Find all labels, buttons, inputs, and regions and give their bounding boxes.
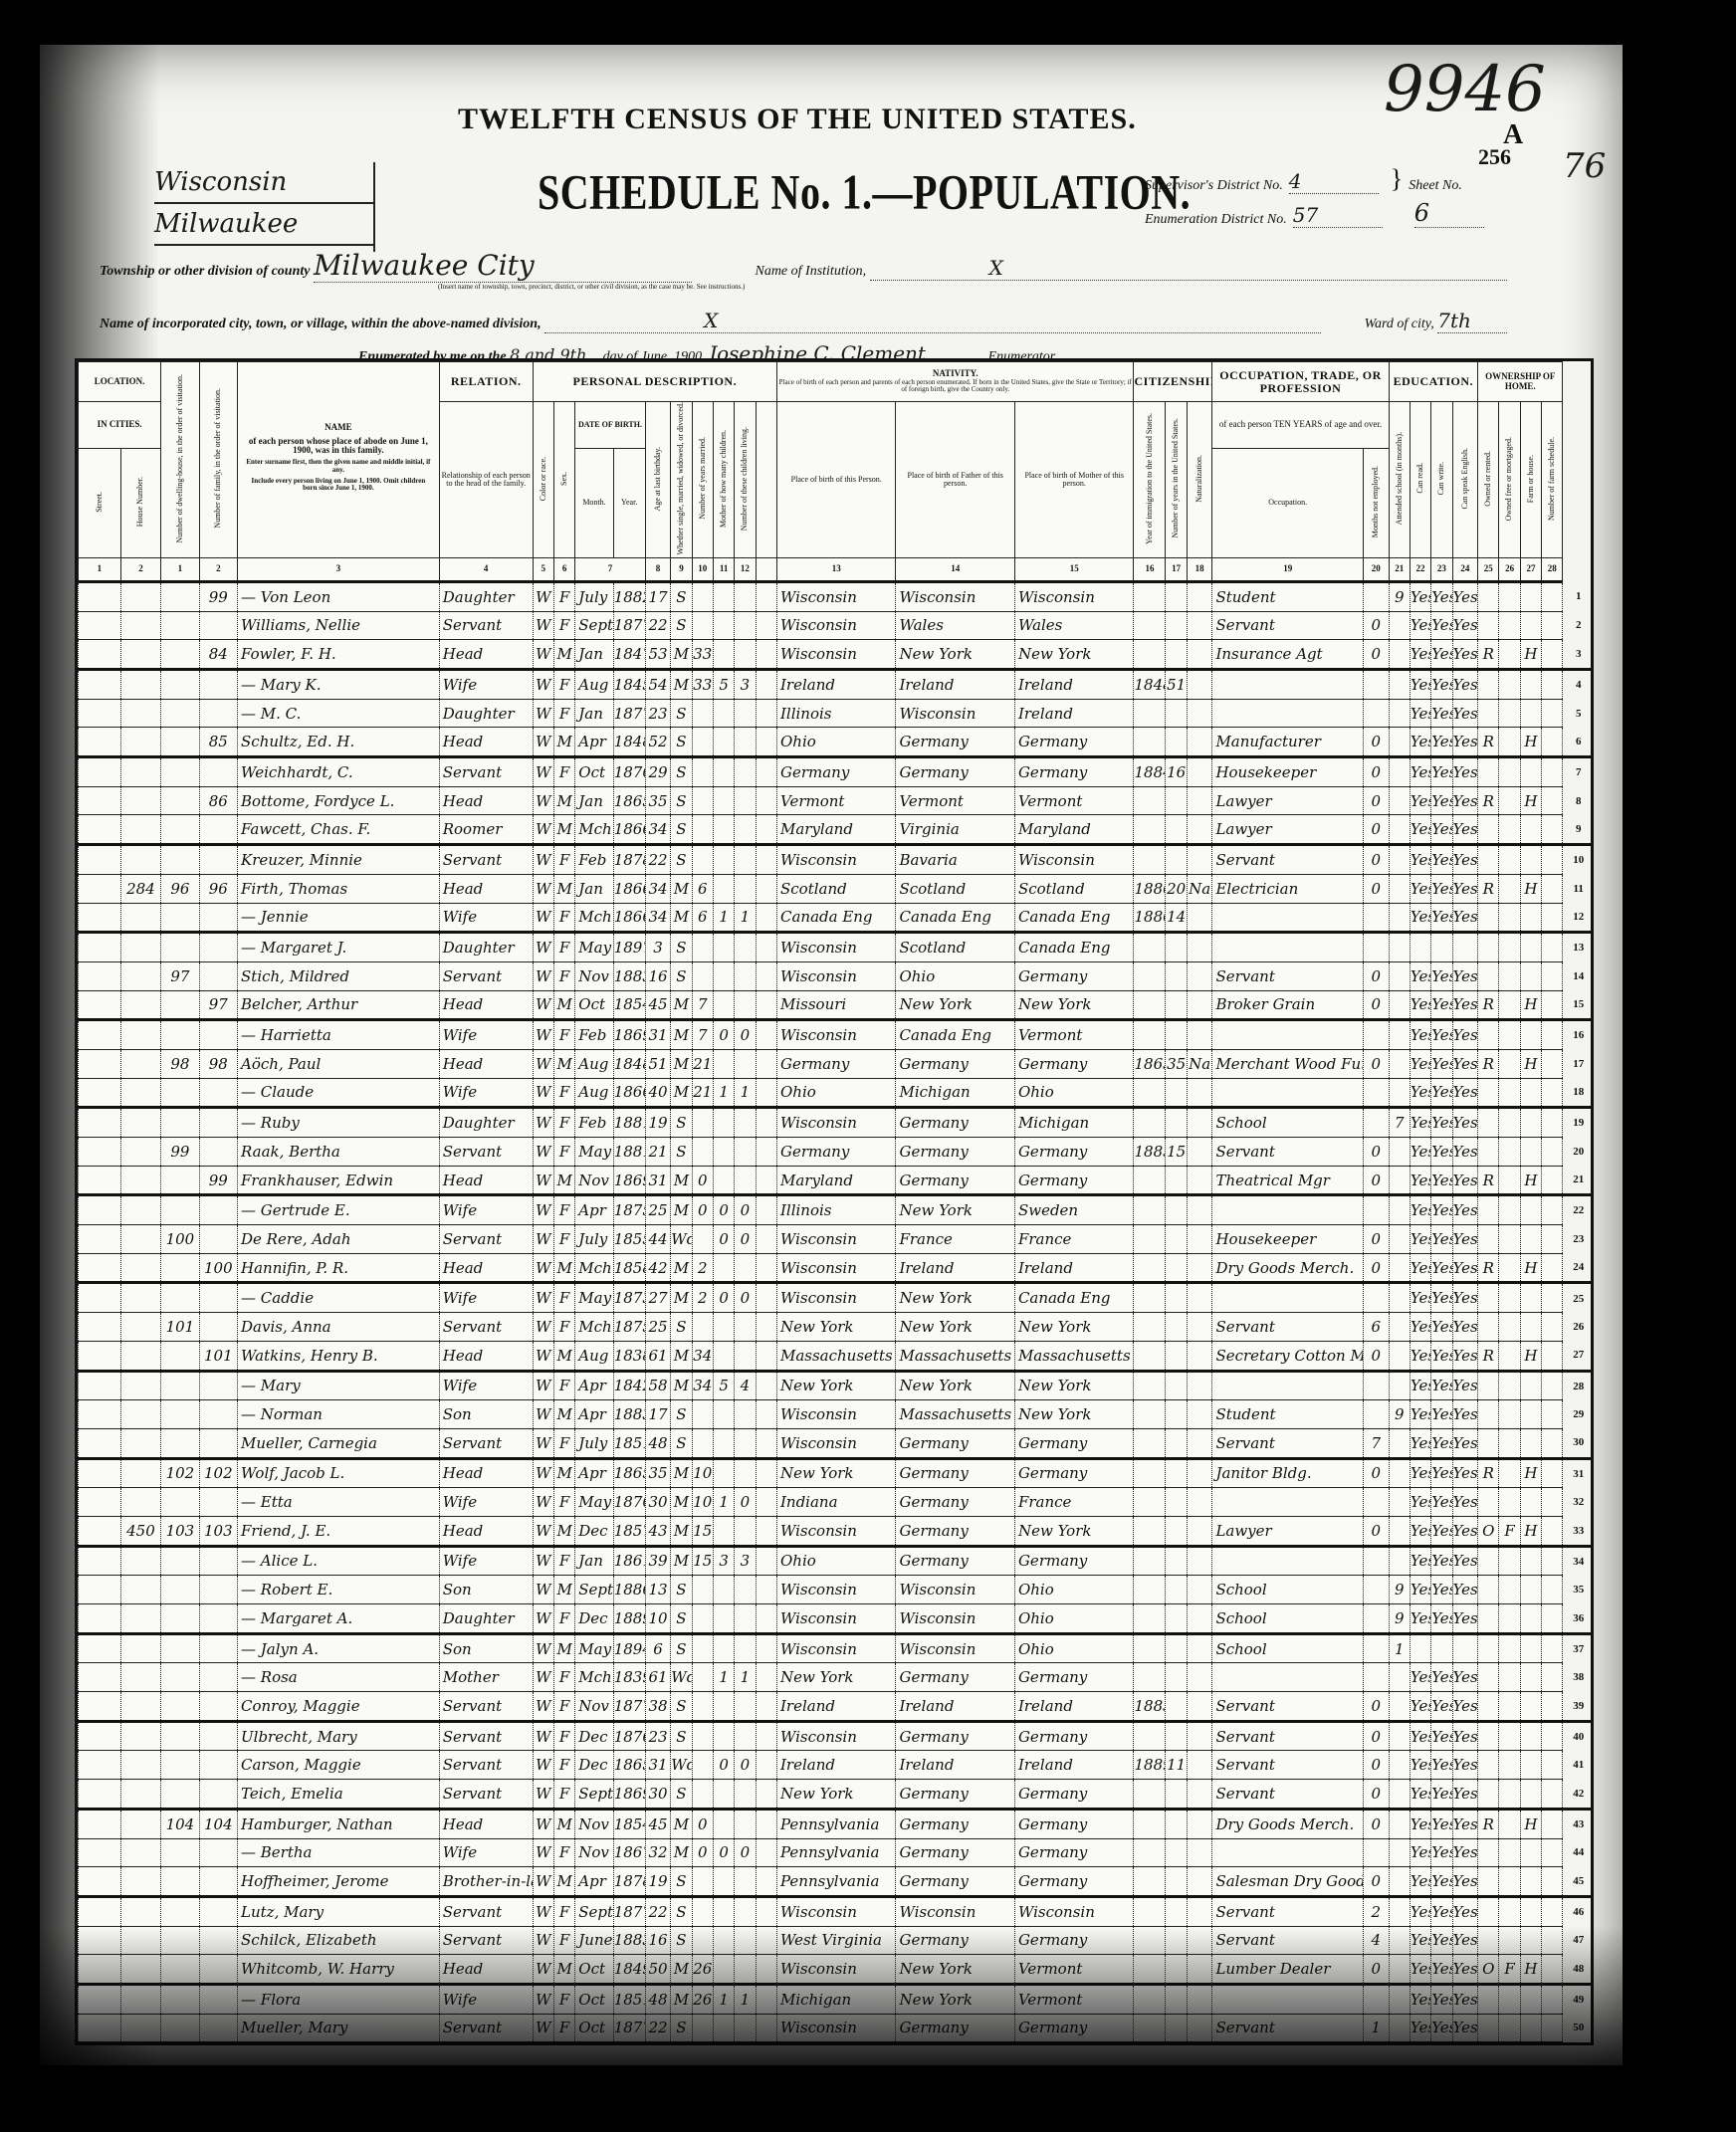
months-unemployed-cell: 2 <box>1363 1896 1389 1926</box>
can-speak-english-cell: Yes <box>1452 1896 1478 1926</box>
birthplace-father-cell: Ireland <box>896 1751 1014 1780</box>
line-number: 41 <box>1563 1751 1591 1780</box>
line-number: 23 <box>1563 1225 1591 1254</box>
occupation-cell: Servant <box>1212 1138 1364 1167</box>
months-unemployed-cell <box>1363 1663 1389 1692</box>
naturalization-cell <box>1187 1458 1212 1488</box>
township-value: Milwaukee City <box>314 249 692 283</box>
children-living-cell <box>735 640 756 670</box>
dwelling-number-cell <box>161 728 199 757</box>
years-in-us-cell <box>1166 728 1187 757</box>
years-in-us-cell <box>1166 1341 1187 1371</box>
farm-house-cell <box>1520 1780 1541 1810</box>
birthplace-mother-cell: Vermont <box>1014 1020 1134 1050</box>
relation-cell: Brother-in-law <box>439 1867 533 1897</box>
years-in-us-cell <box>1166 990 1187 1020</box>
farm-house-cell: H <box>1520 1253 1541 1283</box>
can-write-cell: Yes <box>1431 1078 1452 1108</box>
immigration-year-cell <box>1134 1283 1166 1313</box>
house-number-cell <box>120 845 161 875</box>
free-mortgaged-cell <box>1499 1838 1520 1867</box>
house-number-cell <box>120 1576 161 1604</box>
school-months-cell: 9 <box>1389 1400 1410 1429</box>
population-schedule-table: LOCATION. Number of dwelling-house, in t… <box>75 358 1594 2045</box>
birth-year-cell: 1878 <box>613 1867 645 1897</box>
school-months-cell <box>1389 1371 1410 1400</box>
marital-status-cell: S <box>671 1428 692 1458</box>
person-name-cell: Raak, Bertha <box>238 1138 440 1167</box>
person-name-cell: — Margaret J. <box>238 933 440 962</box>
blank-cell <box>756 1633 776 1663</box>
free-mortgaged-cell <box>1499 1400 1520 1429</box>
years-married-cell <box>692 1896 713 1926</box>
can-read-cell: Yes <box>1410 1341 1430 1371</box>
months-unemployed-cell: 0 <box>1363 757 1389 787</box>
farm-house-cell <box>1520 1108 1541 1138</box>
house-number-cell <box>120 903 161 933</box>
years-married-cell <box>692 1663 713 1692</box>
can-write-cell: Yes <box>1431 1751 1452 1780</box>
school-months-cell <box>1389 1721 1410 1751</box>
dwelling-number-cell <box>161 1546 199 1576</box>
can-write-cell: Yes <box>1431 1166 1452 1195</box>
table-row: — NormanSonWMApr188317SWisconsinMassachu… <box>79 1400 1592 1429</box>
person-name-cell: Friend, J. E. <box>238 1516 440 1546</box>
family-number-cell <box>199 1195 237 1225</box>
children-living-cell: 0 <box>735 1195 756 1225</box>
free-mortgaged-cell <box>1499 1984 1520 2014</box>
mother-of-cell <box>713 640 734 670</box>
table-row: 86Bottome, Fordyce L.HeadWMJan186535SVer… <box>79 786 1592 815</box>
children-living-cell <box>735 990 756 1020</box>
farm-house-cell <box>1520 1225 1541 1254</box>
column-number: 16 <box>1134 557 1166 581</box>
age-cell: 23 <box>645 699 671 728</box>
person-name-cell: — Margaret A. <box>238 1604 440 1634</box>
line-number: 50 <box>1563 2014 1591 2042</box>
blank-cell <box>756 1663 776 1692</box>
family-number-cell: 103 <box>199 1516 237 1546</box>
dwelling-number-cell: 97 <box>161 961 199 990</box>
dwelling-number-cell <box>161 845 199 875</box>
years-in-us-cell <box>1166 1400 1187 1429</box>
birthplace-person-cell: Wisconsin <box>776 1400 895 1429</box>
school-months-cell <box>1389 990 1410 1020</box>
street-cell <box>79 1313 121 1342</box>
sex-cell: F <box>553 1078 574 1108</box>
farm-house-cell: H <box>1520 1049 1541 1078</box>
dwelling-number-cell <box>161 1896 199 1926</box>
naturalization-cell <box>1187 1926 1212 1955</box>
color-cell: W <box>533 1253 553 1283</box>
birthplace-father-cell: Germany <box>896 1108 1014 1138</box>
birth-month-cell: Feb <box>575 1020 613 1050</box>
age-cell: 19 <box>645 1867 671 1897</box>
state-value: Wisconsin <box>154 162 373 204</box>
farm-house-cell: H <box>1520 1341 1541 1371</box>
years-married-cell <box>692 1576 713 1604</box>
mother-of-cell <box>713 1166 734 1195</box>
table-row: — Jalyn A.SonWMMay18946SWisconsinWiscons… <box>79 1633 1592 1663</box>
person-name-cell: — Rosa <box>238 1663 440 1692</box>
marital-status-cell: M <box>671 1546 692 1576</box>
relation-cell: Daughter <box>439 699 533 728</box>
sex-cell: M <box>553 1633 574 1663</box>
line-number: 46 <box>1563 1896 1591 1926</box>
years-in-us-cell <box>1166 1576 1187 1604</box>
birth-month-cell: Oct <box>575 2014 613 2042</box>
mother-of-cell <box>713 1138 734 1167</box>
years-married-cell: 26 <box>692 1955 713 1985</box>
mother-of-cell: 1 <box>713 1663 734 1692</box>
blank-cell <box>756 1721 776 1751</box>
blank-cell <box>756 1692 776 1722</box>
birth-year-cell: 1873 <box>613 1283 645 1313</box>
blank-cell <box>756 1078 776 1108</box>
family-number-cell <box>199 699 237 728</box>
blank-cell <box>1542 728 1563 757</box>
marital-status-cell: M <box>671 874 692 903</box>
marital-status-cell: M <box>671 1488 692 1517</box>
years-married-cell <box>692 1138 713 1167</box>
owned-rented-cell <box>1478 1604 1499 1634</box>
farm-house-cell <box>1520 1838 1541 1867</box>
can-write-cell: Yes <box>1431 1108 1452 1138</box>
line-number: 22 <box>1563 1195 1591 1225</box>
sex-cell: M <box>553 786 574 815</box>
table-row: 104104Hamburger, NathanHeadWMNov185445M0… <box>79 1809 1592 1838</box>
dwelling-number-cell <box>161 1780 199 1810</box>
age-cell: 10 <box>645 1604 671 1634</box>
naturalization-cell <box>1187 1780 1212 1810</box>
sex-cell: M <box>553 1253 574 1283</box>
line-number: 25 <box>1563 1283 1591 1313</box>
birth-month-cell: Mch <box>575 903 613 933</box>
marital-status-cell: M <box>671 1166 692 1195</box>
person-name-cell: — Harrietta <box>238 1020 440 1050</box>
free-mortgaged-cell <box>1499 1458 1520 1488</box>
birthplace-father-cell: Virginia <box>896 815 1014 845</box>
occupation-cell: Servant <box>1212 611 1364 640</box>
relation-cell: Servant <box>439 961 533 990</box>
relation-cell: Mother <box>439 1663 533 1692</box>
farm-house-cell: H <box>1520 1516 1541 1546</box>
house-number-cell: 284 <box>120 874 161 903</box>
table-row: — Gertrude E.WifeWFApr187525M000Illinois… <box>79 1195 1592 1225</box>
marital-status-cell: S <box>671 815 692 845</box>
blank-cell <box>756 1253 776 1283</box>
table-row: Fawcett, Chas. F.RoomerWMMch186634SMaryl… <box>79 815 1592 845</box>
blank-cell <box>1542 815 1563 845</box>
naturalization-cell <box>1187 611 1212 640</box>
birthplace-person-cell: Ohio <box>776 728 895 757</box>
county-value: Milwaukee <box>154 204 373 246</box>
marital-status-cell: M <box>671 1341 692 1371</box>
school-months-cell <box>1389 1341 1410 1371</box>
can-write-cell: Yes <box>1431 1867 1452 1897</box>
color-cell: W <box>533 961 553 990</box>
street-cell <box>79 1955 121 1985</box>
immigration-year-cell: 1880 <box>1134 874 1166 903</box>
can-write-cell: Yes <box>1431 699 1452 728</box>
naturalization-cell <box>1187 2014 1212 2042</box>
birthplace-father-cell: Germany <box>896 1166 1014 1195</box>
free-mortgaged-cell <box>1499 670 1520 700</box>
immigration-year-cell <box>1134 1867 1166 1897</box>
farm-house-header: Farm or house. <box>1520 402 1541 558</box>
years-in-us-cell <box>1166 1663 1187 1692</box>
can-read-cell: Yes <box>1410 728 1430 757</box>
marital-status-cell: S <box>671 1896 692 1926</box>
can-speak-english-cell: Yes <box>1452 640 1478 670</box>
birth-month-cell: Apr <box>575 1371 613 1400</box>
birth-year-cell: 1851 <box>613 1984 645 2014</box>
can-write-cell: Yes <box>1431 2014 1452 2042</box>
children-living-cell <box>735 786 756 815</box>
sex-cell: F <box>553 903 574 933</box>
free-mortgaged-cell <box>1499 728 1520 757</box>
birth-year-cell: 1838 <box>613 1341 645 1371</box>
can-read-cell: Yes <box>1410 1108 1430 1138</box>
free-mortgaged-cell <box>1499 1428 1520 1458</box>
sex-cell: M <box>553 1867 574 1897</box>
color-cell: W <box>533 1576 553 1604</box>
months-unemployed-cell: 0 <box>1363 845 1389 875</box>
farm-house-cell <box>1520 1020 1541 1050</box>
column-number: 28 <box>1542 557 1563 581</box>
attended-school-header: Attended school (in months). <box>1389 402 1410 558</box>
years-in-us-cell <box>1166 1195 1187 1225</box>
birthplace-father-cell: France <box>896 1225 1014 1254</box>
relation-cell: Son <box>439 1576 533 1604</box>
birthplace-father-cell: Germany <box>896 2014 1014 2042</box>
can-write-cell: Yes <box>1431 1371 1452 1400</box>
birth-person-header: Place of birth of this Person. <box>776 402 895 558</box>
relation-cell: Roomer <box>439 815 533 845</box>
school-months-cell <box>1389 845 1410 875</box>
dwelling-number-cell <box>161 640 199 670</box>
owned-rented-cell <box>1478 581 1499 611</box>
can-write-cell: Yes <box>1431 1138 1452 1167</box>
marital-status-cell: M <box>671 990 692 1020</box>
birthplace-person-cell: New York <box>776 1313 895 1342</box>
birth-month-cell: Jan <box>575 786 613 815</box>
relation-cell: Wife <box>439 1838 533 1867</box>
occupation-cell: Lawyer <box>1212 786 1364 815</box>
relation-desc: Relationship of each person to the head … <box>439 402 533 558</box>
house-number-cell <box>120 1546 161 1576</box>
owned-rented-cell <box>1478 1867 1499 1897</box>
birth-year-cell: 1883 <box>613 1926 645 1955</box>
can-speak-english-cell: Yes <box>1452 1253 1478 1283</box>
birth-year-cell: 1897 <box>613 933 645 962</box>
street-cell <box>79 1867 121 1897</box>
house-number-cell <box>120 1313 161 1342</box>
years-in-us-cell <box>1166 815 1187 845</box>
house-number-cell <box>120 933 161 962</box>
years-in-us-cell <box>1166 1516 1187 1546</box>
immigration-year-cell <box>1134 1576 1166 1604</box>
birthplace-father-cell: Michigan <box>896 1078 1014 1108</box>
birth-month-cell: May <box>575 1633 613 1663</box>
line-number: 33 <box>1563 1516 1591 1546</box>
birth-year-cell: 1866 <box>613 903 645 933</box>
sex-cell: F <box>553 1546 574 1576</box>
color-cell: W <box>533 1926 553 1955</box>
street-cell <box>79 1896 121 1926</box>
birthplace-father-cell: Germany <box>896 728 1014 757</box>
relation-cell: Head <box>439 1809 533 1838</box>
street-cell <box>79 1341 121 1371</box>
birthplace-mother-cell: France <box>1014 1225 1134 1254</box>
children-living-cell <box>735 874 756 903</box>
can-speak-english-cell: Yes <box>1452 1692 1478 1722</box>
school-months-cell <box>1389 1896 1410 1926</box>
months-unemployed-cell: 0 <box>1363 786 1389 815</box>
school-months-cell <box>1389 1955 1410 1985</box>
ward-label: Ward of city, <box>1365 317 1434 331</box>
color-cell: W <box>533 2014 553 2042</box>
years-in-us-cell <box>1166 1166 1187 1195</box>
blank-cell <box>1542 670 1563 700</box>
school-months-cell <box>1389 961 1410 990</box>
birthplace-mother-cell: Scotland <box>1014 874 1134 903</box>
can-read-cell: Yes <box>1410 815 1430 845</box>
naturalization-cell <box>1187 1488 1212 1517</box>
blank-cell <box>756 874 776 903</box>
relation-cell: Wife <box>439 1020 533 1050</box>
children-living-cell <box>735 961 756 990</box>
children-living-cell <box>735 757 756 787</box>
marital-status-cell: S <box>671 1138 692 1167</box>
relation-cell: Head <box>439 1516 533 1546</box>
farm-house-cell: H <box>1520 990 1541 1020</box>
naturalization-cell <box>1187 1253 1212 1283</box>
free-mortgaged-cell <box>1499 1867 1520 1897</box>
street-cell <box>79 1253 121 1283</box>
age-cell: 17 <box>645 1400 671 1429</box>
blank-cell <box>1542 1721 1563 1751</box>
blank-cell <box>756 1576 776 1604</box>
family-number-cell <box>199 1283 237 1313</box>
blank-cell <box>1542 1809 1563 1838</box>
person-name-cell: — Jalyn A. <box>238 1633 440 1663</box>
birthplace-mother-cell: Wisconsin <box>1014 581 1134 611</box>
relation-cell: Servant <box>439 757 533 787</box>
blank-cell <box>1542 1400 1563 1429</box>
children-living-cell <box>735 1138 756 1167</box>
birth-year-cell: 1881 <box>613 1108 645 1138</box>
occupation-cell: Merchant Wood Furniture <box>1212 1049 1364 1078</box>
relation-cell: Head <box>439 1341 533 1371</box>
owned-rented-cell <box>1478 1692 1499 1722</box>
person-name-cell: Fawcett, Chas. F. <box>238 815 440 845</box>
immigration-year-cell <box>1134 1546 1166 1576</box>
can-speak-english-cell: Yes <box>1452 2014 1478 2042</box>
owned-rented-cell: R <box>1478 1458 1499 1488</box>
farm-house-cell <box>1520 581 1541 611</box>
occupation-cell: School <box>1212 1633 1364 1663</box>
school-months-cell: 7 <box>1389 1108 1410 1138</box>
table-row: 85Schultz, Ed. H.HeadWMApr184852SOhioGer… <box>79 728 1592 757</box>
birthplace-mother-cell: Germany <box>1014 1867 1134 1897</box>
can-speak-english-cell: Yes <box>1452 1108 1478 1138</box>
blank-cell <box>1542 961 1563 990</box>
months-unemployed-cell <box>1363 1984 1389 2014</box>
relation-cell: Wife <box>439 1984 533 2014</box>
immigration-year-cell <box>1134 990 1166 1020</box>
school-months-cell <box>1389 1225 1410 1254</box>
farm-house-cell <box>1520 2014 1541 2042</box>
birth-date-header: DATE OF BIRTH. <box>575 402 645 449</box>
mother-of-cell: 1 <box>713 1078 734 1108</box>
owned-rented-cell <box>1478 670 1499 700</box>
color-cell: W <box>533 1458 553 1488</box>
birthplace-person-cell: Canada Eng <box>776 903 895 933</box>
can-write-cell: Yes <box>1431 1195 1452 1225</box>
children-living-cell <box>735 1341 756 1371</box>
can-write-cell: Yes <box>1431 1253 1452 1283</box>
dwelling-number-cell <box>161 1576 199 1604</box>
person-name-cell: — Mary K. <box>238 670 440 700</box>
birthplace-person-cell: Vermont <box>776 786 895 815</box>
free-mortgaged-cell <box>1499 1049 1520 1078</box>
house-number-cell <box>120 1138 161 1167</box>
birthplace-father-cell: Germany <box>896 1546 1014 1576</box>
birthplace-father-cell: Germany <box>896 1663 1014 1692</box>
years-in-us-cell <box>1166 1780 1187 1810</box>
dwelling-number-cell <box>161 581 199 611</box>
birth-year-cell: 1854 <box>613 990 645 1020</box>
birth-month-cell: Oct <box>575 757 613 787</box>
relation-cell: Daughter <box>439 1604 533 1634</box>
dwelling-number-cell <box>161 1751 199 1780</box>
street-cell <box>79 1458 121 1488</box>
years-in-us-cell: 11 <box>1166 1751 1187 1780</box>
house-number-cell <box>120 2014 161 2042</box>
birthplace-mother-cell: New York <box>1014 1371 1134 1400</box>
house-number-cell <box>120 1108 161 1138</box>
person-name-cell: — Robert E. <box>238 1576 440 1604</box>
blank-cell <box>756 786 776 815</box>
house-number-cell <box>120 1838 161 1867</box>
can-write-cell: Yes <box>1431 1809 1452 1838</box>
birth-year-cell: 1877 <box>613 2014 645 2042</box>
street-cell <box>79 786 121 815</box>
blank-cell <box>756 1313 776 1342</box>
birth-month-cell: Oct <box>575 1984 613 2014</box>
sex-header: Sex. <box>553 402 574 558</box>
table-row: 101Watkins, Henry B.HeadWMAug183861M34Ma… <box>79 1341 1592 1371</box>
birth-month-cell: July <box>575 1428 613 1458</box>
birthplace-mother-cell: New York <box>1014 990 1134 1020</box>
occupation-cell: School <box>1212 1604 1364 1634</box>
school-months-cell <box>1389 1458 1410 1488</box>
line-number: 18 <box>1563 1078 1591 1108</box>
street-cell <box>79 1663 121 1692</box>
line-number: 31 <box>1563 1458 1591 1488</box>
house-number-cell <box>120 1867 161 1897</box>
owned-rented-cell <box>1478 1633 1499 1663</box>
blank-cell <box>1542 1049 1563 1078</box>
occupation-cell: Servant <box>1212 1692 1364 1722</box>
birthplace-person-cell: Indiana <box>776 1488 895 1517</box>
owned-rented-cell <box>1478 961 1499 990</box>
birthplace-father-cell: Bavaria <box>896 845 1014 875</box>
birthplace-person-cell: Wisconsin <box>776 1020 895 1050</box>
immigration-year-cell <box>1134 1108 1166 1138</box>
street-cell <box>79 581 121 611</box>
